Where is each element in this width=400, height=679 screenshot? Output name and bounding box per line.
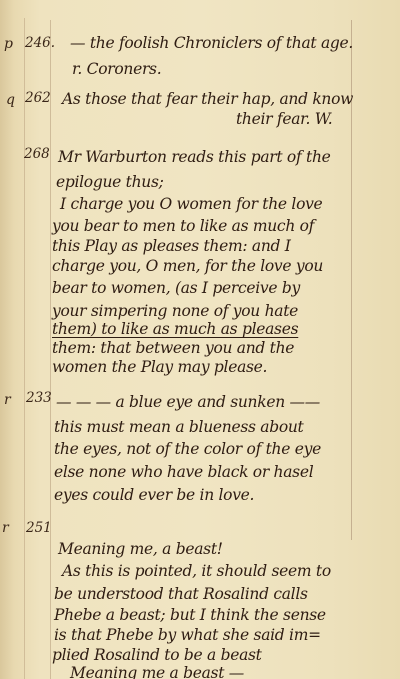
page-reference: 246. bbox=[25, 35, 55, 51]
page-reference: 251 bbox=[26, 520, 52, 536]
manuscript-page: p 246. — the foolish Chroniclers of that… bbox=[0, 0, 400, 679]
note-line: is that Phebe by what she said im= bbox=[54, 626, 321, 644]
note-line: women the Play may please. bbox=[52, 358, 267, 376]
note-line: Meaning me, a beast! bbox=[58, 540, 223, 558]
note-line: — the foolish Chroniclers of that age. bbox=[70, 34, 353, 52]
note-line: Phebe a beast; but I think the sense bbox=[54, 606, 326, 624]
note-line: eyes could ever be in love. bbox=[54, 486, 254, 504]
page-reference: 262 bbox=[25, 90, 51, 106]
note-line: r. Coroners. bbox=[72, 60, 161, 78]
margin-rule-number-column bbox=[50, 20, 51, 679]
note-line: be understood that Rosalind calls bbox=[54, 585, 308, 603]
note-line: bear to women, (as I perceive by bbox=[52, 279, 300, 297]
note-line: I charge you O women for the love bbox=[60, 195, 322, 213]
note-line: As those that fear their hap, and know bbox=[62, 90, 353, 108]
margin-rule-left bbox=[24, 18, 25, 679]
note-line: epilogue thus; bbox=[56, 173, 164, 191]
note-line: Mr Warburton reads this part of the bbox=[58, 148, 331, 166]
note-line: charge you, O men, for the love you bbox=[52, 257, 323, 275]
note-line: As this is pointed, it should seem to bbox=[62, 562, 331, 580]
page-reference: 268 bbox=[24, 146, 50, 162]
note-line: this Play as pleases them: and I bbox=[52, 237, 291, 255]
note-line: this must mean a blueness about bbox=[54, 418, 303, 436]
margin-mark: q bbox=[6, 92, 15, 108]
note-line: else none who have black or hasel bbox=[54, 463, 313, 481]
note-line: Meaning me a beast — bbox=[70, 664, 244, 679]
note-line: them) to like as much as pleases bbox=[52, 320, 298, 338]
note-line: you bear to men to like as much of bbox=[52, 217, 314, 235]
note-text: — the foolish Chroniclers of that age. bbox=[70, 34, 353, 52]
note-line: — — — a blue eye and sunken —— bbox=[56, 393, 320, 411]
note-line: their fear. W. bbox=[236, 110, 332, 128]
note-line: the eyes, not of the color of the eye bbox=[54, 440, 321, 458]
note-line: your simpering none of you hate bbox=[52, 302, 298, 320]
page-reference: 233 bbox=[26, 390, 52, 406]
note-line: them: that between you and the bbox=[52, 339, 294, 357]
margin-mark: p bbox=[4, 36, 13, 52]
margin-mark: r bbox=[4, 392, 11, 408]
note-line: plied Rosalind to be a beast bbox=[52, 646, 262, 664]
margin-mark: r bbox=[2, 520, 9, 536]
